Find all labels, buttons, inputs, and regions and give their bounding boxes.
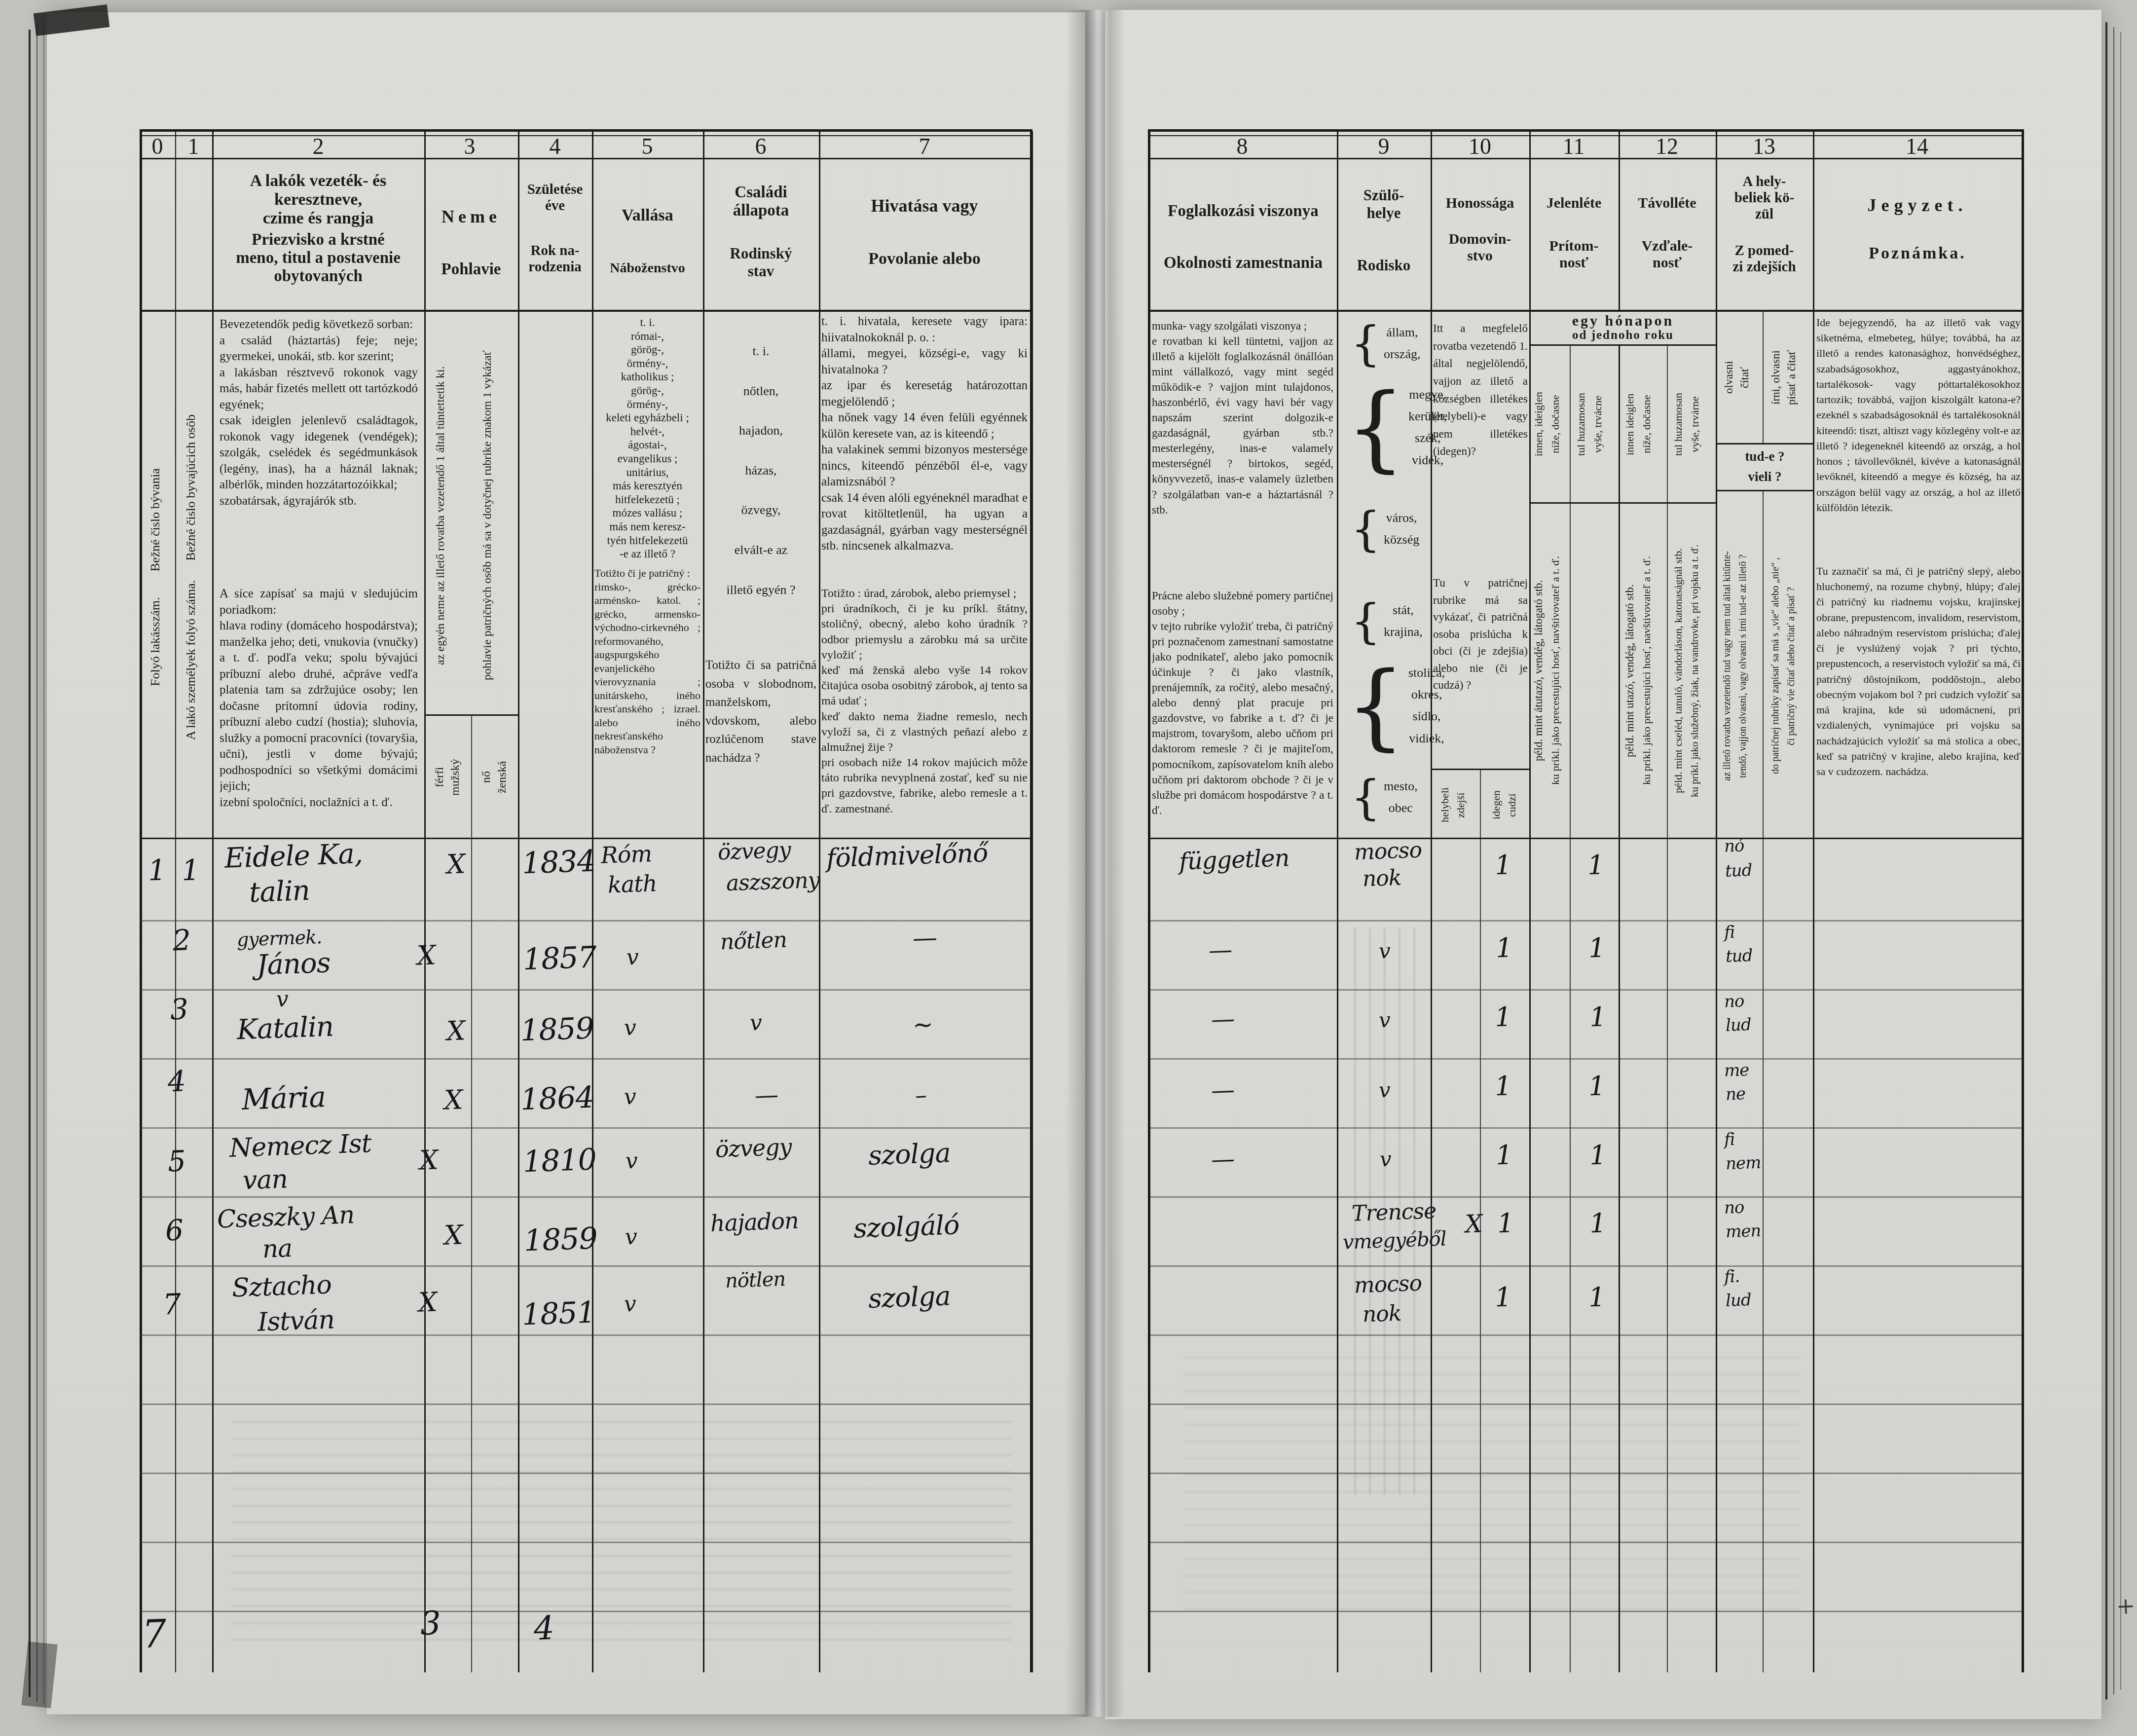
row-religion: Róm	[600, 840, 652, 869]
col11-title-sk: Prítom- nosť	[1530, 238, 1618, 271]
row-family-status: nőtlen	[720, 927, 787, 955]
row-person-number: 4	[167, 1064, 186, 1098]
col3-instruction-sk-vertical: pohlavie patričných osôb má sa v dotyčne…	[481, 321, 497, 710]
column-number: 9	[1364, 133, 1403, 159]
row-separator	[140, 1127, 1031, 1129]
sheet-edge-right	[2113, 27, 2114, 1695]
brace-icon: {	[1351, 322, 1381, 365]
col11-sub1-head: innen, ideiglen	[1532, 348, 1546, 501]
row-separator	[1148, 1196, 2022, 1198]
row-sex-mark: X	[418, 1286, 438, 1318]
bleed-through-ghost	[232, 1421, 1011, 1653]
row-literacy: ne	[1725, 1084, 1745, 1104]
row-literacy: lud	[1725, 1015, 1751, 1035]
col12-sub2-body: ku príkl. jako služebný, žiak, na vandro…	[1689, 509, 1702, 832]
row-name: talin	[249, 875, 310, 909]
row-name: Sztacho	[231, 1270, 332, 1303]
table-rule	[703, 131, 704, 1672]
col9-birthplace-group-hu: {megye, kerület, szék, vidék,	[1346, 384, 1447, 471]
column-number: 12	[1647, 133, 1687, 159]
row-domicile-mark: 1	[1494, 1001, 1512, 1033]
col6-instruction-sk: Totižto či sa patričná osoba v slobodnom…	[705, 656, 816, 834]
row-domicile-mark: 1	[1494, 849, 1512, 881]
row-literacy: fi	[1724, 1130, 1735, 1150]
col5-title-hu: Vallása	[592, 206, 703, 225]
row-separator	[1148, 1611, 2022, 1612]
col11-title-hu: Jelenléte	[1530, 195, 1618, 212]
row-separator	[1148, 1058, 2022, 1060]
col12-title-sk: Vzďale- nosť	[1620, 238, 1715, 271]
table-rule	[140, 838, 1032, 839]
row-dwelling-number: 1	[147, 853, 166, 887]
column-number: 2	[298, 133, 338, 159]
table-rule	[1337, 131, 1338, 1672]
row-occupation: földmivelőnő	[826, 838, 988, 873]
table-rule	[140, 310, 1032, 312]
brace-icon: {	[1346, 385, 1405, 470]
table-rule	[1619, 345, 1620, 1672]
row-sex-mark: X	[446, 848, 466, 880]
col12-sub1-head: innen ideiglen	[1623, 348, 1637, 501]
row-literacy: lud	[1725, 1290, 1751, 1311]
col10-sub-local-hu: helybeli	[1438, 776, 1452, 835]
col9-title-sk: Rodisko	[1338, 257, 1430, 274]
row-religion: v	[624, 1015, 636, 1041]
col13-body: do patričnej rubriky zapísať sa má s „vi…	[1770, 498, 1783, 834]
col8-instruction-sk: Prácne alebo služebné pomery partičnej o…	[1152, 588, 1333, 835]
col12-sub1-head: níže, dočasne	[1640, 348, 1654, 501]
table-rule	[1148, 131, 1150, 1672]
row-sex-mark: X	[443, 1219, 463, 1251]
row-separator	[1148, 989, 2022, 991]
row-family-status: aszszony	[726, 868, 820, 896]
row-birthplace: Trencse	[1351, 1198, 1437, 1226]
brace-icon: {	[1351, 600, 1381, 642]
col1-instruction-vertical: A lakó személyek folyó száma. Bežné čisl…	[184, 321, 200, 834]
row-literacy: fi	[1724, 923, 1735, 943]
row-family-status: v	[749, 1010, 762, 1036]
row-name: na	[262, 1234, 293, 1263]
gutter-shadow	[1066, 10, 1125, 1717]
table-rule	[2022, 131, 2024, 1672]
row-birthplace: v	[1379, 1147, 1391, 1172]
row-literacy: men	[1725, 1221, 1761, 1242]
column-number: 11	[1554, 133, 1593, 159]
row-literacy: nem	[1725, 1153, 1761, 1174]
row-family-status: özvegy	[715, 1133, 792, 1162]
brace-icon: {	[1346, 664, 1405, 748]
column-number: 7	[905, 133, 944, 159]
table-rule	[518, 131, 519, 1672]
census-register-scan: 0 1 2 3 4 5 6 7 A lakók vezeték- és kere…	[0, 0, 2137, 1736]
table-rule	[1529, 344, 1716, 346]
sheet-edge-left	[43, 20, 44, 1704]
row-presence-mark: 1	[1588, 1070, 1606, 1102]
column-number: 13	[1744, 133, 1784, 159]
row-person-number: 3	[170, 992, 188, 1026]
col3-sub-female-sk: ženská	[496, 724, 511, 830]
col10-sub-stranger-hu: idegen	[1490, 776, 1504, 835]
col13-body: či patričný vie čítať alebo čítať a písa…	[1786, 498, 1799, 834]
col3-sub-male-hu: férfi	[433, 724, 448, 830]
row-presence-mark: 1	[1588, 932, 1606, 963]
tally-female: 4	[533, 1609, 555, 1647]
col6-title-hu: Családi állapota	[703, 184, 819, 220]
col12-sub2-body: péld. mint cseléd, tanuló, vándorláson, …	[1672, 509, 1686, 832]
col7-title-hu: Hivatása vagy	[819, 195, 1030, 216]
col11-sub2-head: vyše, trvácne	[1591, 348, 1605, 501]
col2-title-hu: A lakók vezeték- és keresztneve, czime é…	[217, 172, 419, 228]
col14-instruction-hu: Ide bejegyzendő, ha az illető vak vagy s…	[1816, 315, 2021, 561]
table-rule	[1619, 131, 1620, 311]
col14-instruction-sk: Tu zaznačiť sa má, či je patričný slepý,…	[1816, 563, 2021, 835]
row-birth-year: 1857	[522, 940, 597, 977]
table-rule	[1030, 131, 1033, 1672]
table-rule	[1529, 502, 1716, 504]
row-literacy: me	[1724, 1060, 1749, 1081]
row-domicile-mark: 1	[1495, 932, 1513, 963]
row-birthplace: mocso	[1354, 838, 1422, 865]
col13-question: tud-e ? vieli ?	[1717, 446, 1813, 486]
sheet-edge-right	[2105, 22, 2107, 1699]
table-rule	[1148, 838, 2024, 839]
col13-sub2-head: írni, olvasni	[1769, 316, 1783, 439]
col12-sub2-head: tul huzamosan	[1672, 348, 1686, 501]
row-separator	[140, 920, 1031, 922]
col7-instruction-sk: Totižto : úrad, zárobok, alebo priemysel…	[821, 586, 1028, 835]
col13-sub1-head: olvasni	[1723, 316, 1736, 439]
row-separator	[140, 1542, 1031, 1543]
col13-sub2-head: písať a čítať	[1785, 316, 1799, 439]
row-birth-year: 1864	[520, 1080, 594, 1117]
row-separator	[140, 1404, 1031, 1405]
col11-sub2-head: tul huzamosan	[1575, 348, 1588, 501]
row-presence-mark: 1	[1589, 1207, 1607, 1239]
col13-sub1-head: čítať	[1738, 316, 1752, 439]
col10-instruction-sk: Tu v patričnej rubrike má sa vykázať, či…	[1433, 575, 1528, 762]
col10-title-sk: Domovin- stvo	[1432, 231, 1528, 264]
col3-instruction-hu-vertical: az egyén neme az illető rovatba vezetend…	[434, 321, 450, 710]
month-band-hu: egy hónapon	[1531, 312, 1715, 329]
column-number: 0	[138, 133, 177, 159]
row-separator	[1148, 1265, 2022, 1267]
col9-title-hu: Szülő- helye	[1338, 186, 1430, 222]
row-birthplace: nok	[1362, 1301, 1401, 1328]
row-religion: v	[624, 1292, 636, 1317]
col8-instruction-hu: munka- vagy szolgálati viszonya ; e rova…	[1152, 318, 1333, 587]
row-name: Cseszky An	[217, 1200, 355, 1234]
col10-sub-local-sk: zdejší	[1454, 776, 1468, 835]
row-name: János	[256, 947, 331, 981]
row-separator	[140, 1473, 1031, 1474]
column-number: 10	[1460, 133, 1500, 159]
table-rule	[1813, 131, 1814, 1672]
row-name: Eidele Ka,	[224, 838, 363, 875]
row-religion: v	[625, 1224, 637, 1250]
col14-title-sk: Poznámka.	[1814, 244, 2021, 263]
row-birth-year: 1810	[522, 1142, 597, 1179]
bleed-through-ghost	[1184, 1357, 1801, 1613]
row-domicile-mark: 1	[1495, 1139, 1513, 1171]
row-presence-mark: 1	[1589, 1001, 1607, 1033]
col5-title-sk: Náboženstvo	[592, 260, 703, 276]
row-occupation: szolga	[868, 1137, 951, 1171]
col10-sub-stranger-sk: cudzí	[1506, 776, 1519, 835]
column-number: 8	[1222, 133, 1262, 159]
table-rule	[175, 131, 176, 1672]
row-occupation: –	[915, 1081, 927, 1109]
row-name: Mária	[241, 1080, 326, 1116]
col13-title-hu: A hely- beliek kö- zül	[1717, 174, 1812, 222]
row-religion: v	[626, 945, 639, 970]
table-rule	[212, 131, 214, 1672]
brace-icon: {	[1351, 776, 1381, 818]
col9-birthplace-group-hu: {állam, ország,	[1351, 322, 1420, 365]
row-birth-year: 1859	[520, 1011, 594, 1048]
sheet-edge-left	[29, 30, 31, 1697]
row-domicile-mark: 1	[1494, 1281, 1512, 1313]
col13-title-sk: Z pomed- zi zdejších	[1717, 243, 1812, 275]
column-number: 6	[741, 133, 780, 159]
row-employment: —	[1211, 1076, 1235, 1105]
col2-title-sk: Priezvisko a krstné meno, titul a postav…	[217, 231, 419, 286]
col3-sub-female-hu: nő	[480, 724, 495, 830]
col12-sub1-body: ku príkl. jako precestujúci hosť, navšti…	[1640, 509, 1654, 832]
row-separator	[1148, 1404, 2022, 1405]
row-employment: —	[1211, 1005, 1235, 1034]
table-rule	[1570, 345, 1571, 1672]
table-rule	[1431, 769, 1529, 770]
month-band: egy hónapon od jednoho roku	[1531, 312, 1715, 343]
row-birth-year: 1851	[521, 1295, 596, 1332]
col6-title-sk: Rodinský stav	[703, 245, 819, 280]
pencil-cross-mark: +	[2116, 1592, 2135, 1619]
row-name: Nemecz Ist	[229, 1129, 371, 1163]
table-rule	[471, 715, 472, 1672]
sheet-edge-left	[37, 25, 37, 1702]
col5-religion-list-hu: t. i. római-, görög-, örmény-, katholiku…	[594, 316, 700, 562]
table-rule	[1431, 131, 1432, 1672]
col11-sub1-body: péld. mint átutazó, vendég, látogató stb…	[1532, 509, 1546, 832]
col11-sub1-head: níže, dočasne	[1549, 348, 1563, 501]
row-literacy: tud	[1725, 860, 1752, 881]
table-rule	[1763, 491, 1764, 1672]
row-birthplace: v	[1378, 1078, 1390, 1103]
row-birthplace: vmegyéből	[1342, 1227, 1446, 1254]
row-presence-mark: 1	[1588, 1281, 1606, 1313]
col2-instruction-sk: A síce zapísať sa majú v sledujúcim pori…	[220, 586, 418, 835]
row-sex-mark: X	[416, 939, 436, 971]
col3-sub-male-sk: mužský	[449, 724, 464, 830]
col12-sub2-head: vyše, trvárne	[1689, 348, 1702, 501]
row-literacy: nó	[1724, 836, 1744, 856]
tally-male: 3	[420, 1604, 442, 1642]
row-literacy: no	[1724, 1197, 1744, 1218]
row-separator	[1148, 1473, 2022, 1474]
col0-instruction-vertical: Folyó lakásszám. Bežné čislo bývania	[148, 326, 165, 829]
row-religion: v	[625, 1148, 638, 1174]
row-name: István	[257, 1305, 335, 1337]
row-literacy: no	[1724, 991, 1744, 1011]
col3-title-sk: Pohlavie	[424, 260, 518, 279]
table-rule	[1716, 443, 1813, 444]
row-family-status: özvegy	[717, 837, 791, 865]
column-number: 3	[450, 133, 489, 159]
table-rule	[140, 129, 1032, 132]
row-name-ditto: v	[276, 987, 289, 1012]
row-separator	[140, 1196, 1031, 1198]
row-separator	[1148, 1127, 2022, 1129]
row-separator	[1148, 1542, 2022, 1543]
row-birthplace: v	[1378, 939, 1390, 963]
col11-sub1-body: ku príkl. jako precestujúci hosť, navšti…	[1549, 509, 1563, 832]
table-rule	[140, 158, 1032, 159]
col2-instruction-hu: Bevezetendők pedig következő sorban: a c…	[220, 317, 418, 583]
col4-title-hu: Születése éve	[518, 182, 592, 214]
row-family-status: hajadon	[710, 1207, 799, 1237]
row-domicile-mark: 1	[1494, 1070, 1512, 1102]
row-person-number: 1	[181, 853, 200, 887]
col9-birthplace-group-sk: {stolica, okres, sídlo, vidiek,	[1346, 662, 1445, 749]
column-number: 4	[535, 133, 575, 159]
col9-birthplace-group-hu: {város, község	[1351, 507, 1419, 551]
row-literacy: fi.	[1724, 1266, 1740, 1287]
row-employment: független	[1179, 844, 1290, 876]
col8-title-sk: Okolnosti zamestnania	[1152, 254, 1334, 272]
row-separator	[1148, 1334, 2022, 1336]
row-name: van	[242, 1164, 288, 1195]
row-occupation: —	[912, 923, 937, 953]
col9-birthplace-group-sk: {mesto, obec	[1351, 776, 1418, 819]
row-sex-mark: X	[446, 1015, 466, 1046]
table-rule	[1763, 311, 1764, 443]
table-rule	[140, 131, 142, 1672]
row-separator	[140, 1611, 1031, 1612]
table-rule	[1148, 129, 2024, 132]
row-person-number: 6	[165, 1213, 184, 1247]
row-domicile-mark: 1	[1497, 1207, 1514, 1239]
row-occupation: ~	[912, 1010, 933, 1039]
row-birthplace: mocso	[1354, 1271, 1422, 1298]
col7-title-sk: Povolanie alebo	[819, 250, 1030, 268]
col9-birthplace-group-sk: {stát, krajina,	[1351, 599, 1423, 643]
row-sex-mark: X	[443, 1084, 463, 1115]
row-literacy: tud	[1725, 946, 1753, 966]
row-name: gyermek.	[236, 926, 322, 951]
row-separator	[140, 1265, 1031, 1267]
row-religion: v	[624, 1084, 636, 1110]
col3-title-hu: Neme	[424, 206, 518, 227]
column-number: 5	[627, 133, 667, 159]
row-presence-mark: 1	[1587, 849, 1605, 881]
row-separator	[140, 989, 1031, 991]
col6-status-list-hu: t. i. nőtlen, hajadon, házas, özvegy, el…	[705, 332, 816, 650]
row-occupation: szolgáló	[853, 1209, 960, 1244]
row-presence-mark: 1	[1589, 1139, 1607, 1171]
col7-instruction-hu: t. i. hivatala, keresete vagy ipara: hii…	[821, 314, 1028, 584]
row-domicile-mark: X	[1465, 1209, 1483, 1238]
col10-title-hu: Honossága	[1432, 195, 1528, 212]
column-number: 1	[174, 133, 213, 159]
row-family-status: —	[754, 1081, 778, 1109]
col5-instruction-sk: Totižto či je patričný : rimsko-, grécko…	[594, 566, 700, 835]
tally-total: 7	[141, 1612, 167, 1657]
col13-body: tendő, vajjon olvasni, vagy olvasni s ir…	[1737, 498, 1750, 834]
row-employment: —	[1211, 1145, 1235, 1174]
row-family-status: nötlen	[725, 1268, 786, 1293]
table-rule	[1716, 490, 1813, 491]
row-birth-year: 1859	[523, 1221, 598, 1258]
table-rule	[1529, 131, 1531, 1672]
col13-body: az illető rovatba vezetendő tud vagy nem…	[1722, 498, 1734, 834]
row-name: Katalin	[236, 1011, 334, 1046]
row-separator	[1148, 920, 2022, 922]
month-band-sk: od jednoho roku	[1531, 329, 1715, 342]
table-rule	[140, 135, 1032, 136]
col14-title-hu: Jegyzet.	[1814, 195, 2021, 216]
row-person-number: 5	[167, 1144, 186, 1178]
column-number: 14	[1897, 133, 1937, 159]
col4-title-sk: Rok na- rodzenia	[518, 243, 592, 275]
col10-instruction-hu: Itt a megfelelő rovatba vezetendő 1. ált…	[1433, 320, 1528, 552]
row-sex-mark: X	[419, 1144, 439, 1176]
row-birth-year: 1834	[521, 844, 596, 881]
row-person-number: 2	[172, 923, 191, 957]
row-birthplace: nok	[1362, 865, 1401, 892]
table-rule	[1667, 345, 1668, 1672]
brace-icon: {	[1351, 508, 1381, 550]
col12-sub1-body: péld. mint utazó, vendég, látogató stb.	[1623, 509, 1637, 832]
table-rule	[592, 131, 593, 1672]
row-employment: —	[1208, 936, 1232, 964]
table-rule	[819, 131, 820, 1672]
row-birthplace: v	[1378, 1008, 1390, 1033]
row-separator	[140, 1058, 1031, 1060]
table-rule	[1716, 131, 1717, 1672]
row-occupation: szolga	[868, 1280, 951, 1314]
table-rule	[424, 131, 426, 1672]
row-person-number: 7	[162, 1287, 181, 1321]
sheet-edge-right	[2120, 32, 2121, 1690]
col8-title-hu: Foglalkozási viszonya	[1152, 202, 1334, 221]
col12-title-hu: Távolléte	[1620, 195, 1715, 212]
row-religion: kath	[607, 870, 657, 898]
